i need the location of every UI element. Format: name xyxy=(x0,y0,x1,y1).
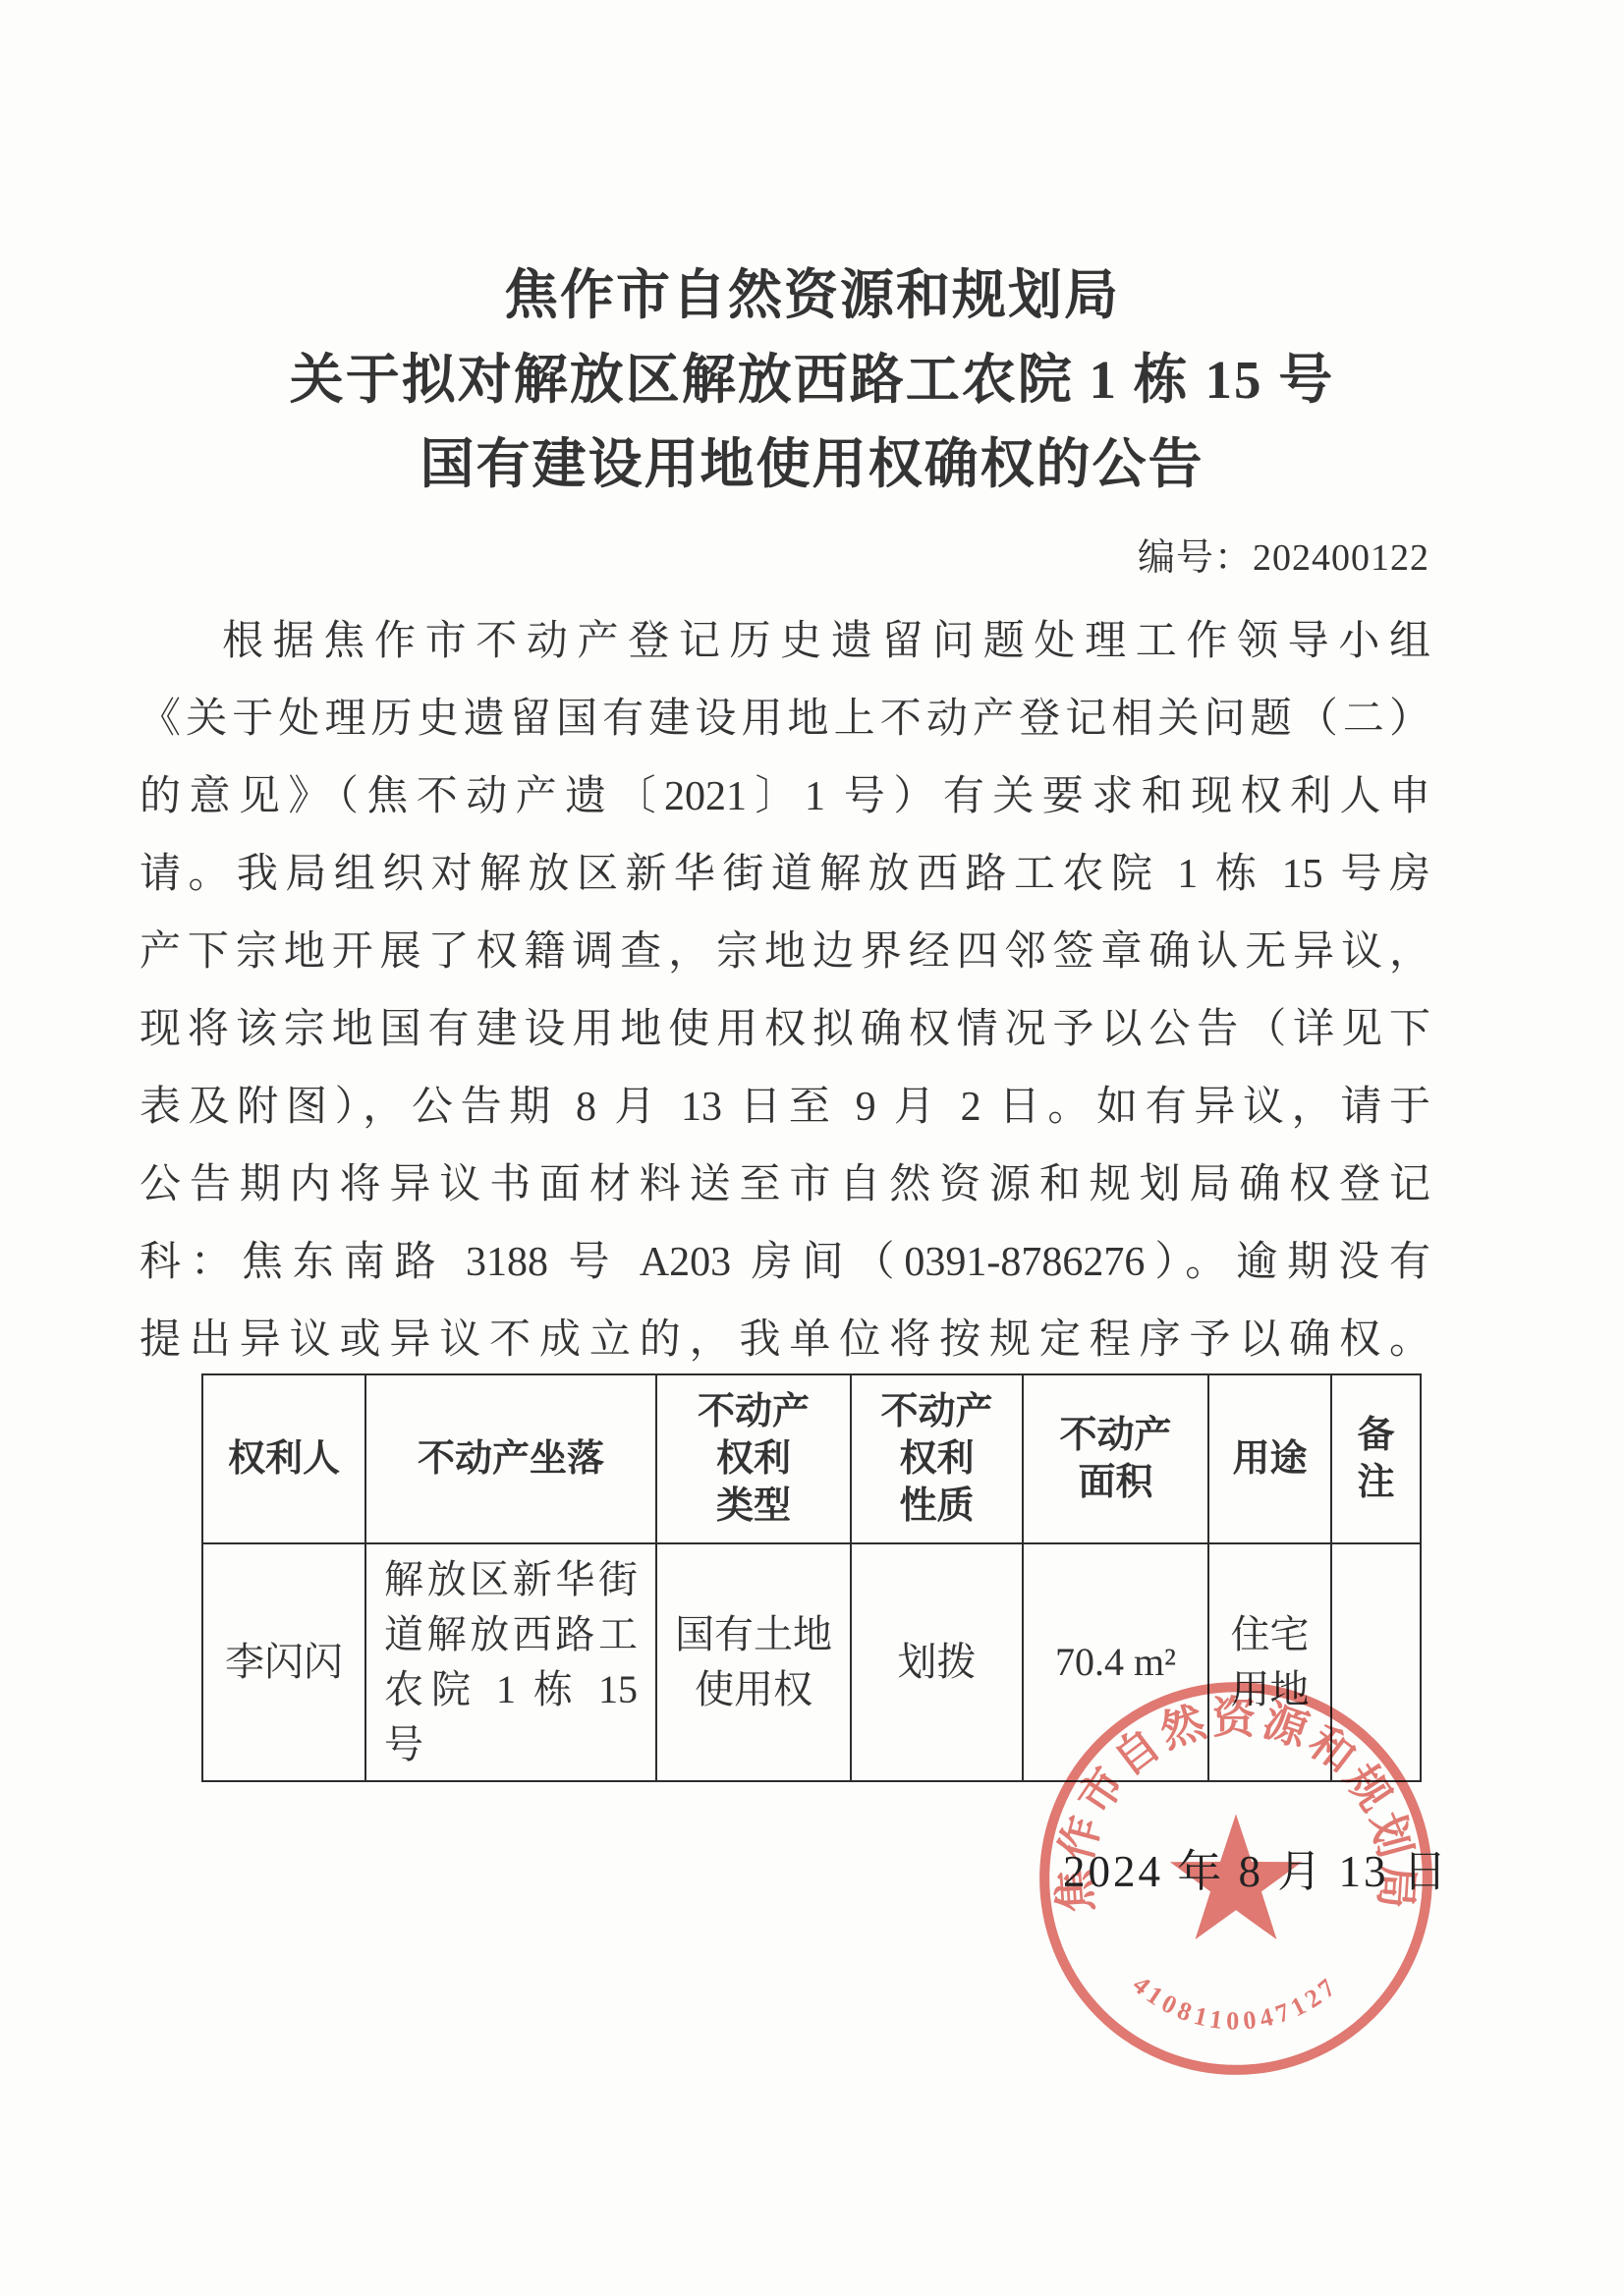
document-page: 焦作市自然资源和规划局 关于拟对解放区解放西路工农院 1 栋 15 号 国有建设… xyxy=(0,0,1624,2296)
header-usage: 用途 xyxy=(1208,1374,1331,1543)
cell-right-nature: 划拨 xyxy=(851,1543,1023,1781)
title-line-2: 关于拟对解放区解放西路工农院 1 栋 15 号 xyxy=(0,338,1624,422)
cell-holder: 李闪闪 xyxy=(202,1543,365,1781)
header-location: 不动产坐落 xyxy=(365,1374,656,1543)
body-line: 科：焦东南路 3188 号 A203 房间（0391-8786276）。逾期没有 xyxy=(140,1224,1430,1302)
body-line: 现将该宗地国有建设用地使用权拟确权情况予以公告（详见下 xyxy=(140,991,1430,1069)
title-line-1: 焦作市自然资源和规划局 xyxy=(0,253,1624,338)
body-paragraph: 根据焦作市不动产登记历史遗留问题处理工作领导小组 《关于处理历史遗留国有建设用地… xyxy=(140,603,1430,1379)
body-line: 的意见》（焦不动产遗〔2021〕1 号）有关要求和现权利人申 xyxy=(140,758,1430,836)
header-right-nature: 不动产 权利 性质 xyxy=(851,1374,1023,1543)
title-block: 焦作市自然资源和规划局 关于拟对解放区解放西路工农院 1 栋 15 号 国有建设… xyxy=(0,253,1624,507)
header-remark: 备 注 xyxy=(1331,1374,1421,1543)
body-line: 根据焦作市不动产登记历史遗留问题处理工作领导小组 xyxy=(140,603,1430,681)
header-holder: 权利人 xyxy=(202,1374,365,1543)
body-line: 提出异议或异议不成立的，我单位将按规定程序予以确权。 xyxy=(140,1302,1430,1379)
header-right-type: 不动产 权利 类型 xyxy=(656,1374,851,1543)
seal-number: 4108110047127 xyxy=(1128,1970,1345,2035)
cell-location: 解放区新华街道解放西路工农院 1 栋 15 号 xyxy=(365,1543,656,1781)
body-line: 《关于处理历史遗留国有建设用地上不动产登记相关问题（二） xyxy=(140,681,1430,758)
body-line: 表及附图），公告期 8 月 13 日至 9 月 2 日。如有异议，请于 xyxy=(140,1069,1430,1147)
doc-number: 编号：202400122 xyxy=(1138,527,1429,581)
body-line: 产下宗地开展了权籍调查，宗地边界经四邻签章确认无异议， xyxy=(140,914,1430,991)
table-header-row: 权利人 不动产坐落 不动产 权利 类型 不动产 权利 性质 不动产 面积 用途 … xyxy=(202,1374,1421,1543)
body-line: 请。我局组织对解放区新华街道解放西路工农院 1 栋 15 号房 xyxy=(140,836,1430,914)
cell-right-type: 国有土地使用权 xyxy=(656,1543,851,1781)
header-area: 不动产 面积 xyxy=(1023,1374,1208,1543)
body-line: 公告期内将异议书面材料送至市自然资源和规划局确权登记 xyxy=(140,1147,1430,1224)
title-line-3: 国有建设用地使用权确权的公告 xyxy=(0,422,1624,507)
issue-date: 2024 年 8 月 13 日 xyxy=(1063,1835,1450,1899)
